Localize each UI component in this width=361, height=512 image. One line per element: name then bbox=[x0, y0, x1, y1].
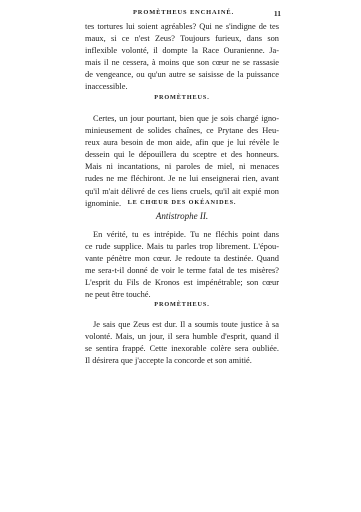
text-line: inaccessible. bbox=[85, 81, 279, 93]
speaker-heading-prometheus: PROMÈTHEUS. bbox=[85, 301, 279, 308]
paragraph-chorus-continuation: tes tortures lui soient agréables? Qui n… bbox=[85, 21, 279, 94]
text-line: se sentira frappé. Cette inexorable colè… bbox=[85, 343, 279, 355]
text-line: ne peut être touché. bbox=[85, 289, 279, 301]
text-line: tes tortures lui soient agréables? Qui n… bbox=[85, 21, 279, 33]
text-line: qu'il m'ait délivré de ces liens cruels,… bbox=[85, 186, 279, 198]
text-line: mais il ne cessera, à moins que son cœur… bbox=[85, 57, 279, 69]
text-line: ce rude supplice. Mais tu parles trop li… bbox=[85, 241, 279, 253]
page-number: 11 bbox=[274, 9, 281, 18]
text-line: L'esprit du Fils de Kronos est impénétra… bbox=[85, 277, 279, 289]
paragraph-prometheus-1: Certes, un jour pourtant, bien que je so… bbox=[85, 113, 279, 210]
paragraph-prometheus-2: Je sais que Zeus est dur. Il a soumis to… bbox=[85, 319, 279, 367]
text-line: de vengeance, ou qu'un autre se saisisse… bbox=[85, 69, 279, 81]
paragraph-chorus-antistrophe: En vérité, tu es intrépide. Tu ne fléchi… bbox=[85, 229, 279, 302]
text-line: rudes ne me fléchiront. Je ne lui enseig… bbox=[85, 173, 279, 185]
running-head: PROMÈTHEUS ENCHAINÉ. 11 bbox=[85, 9, 279, 21]
speaker-heading-chorus: LE CHŒUR DES OKÉANIDES. bbox=[85, 199, 279, 206]
text-line: Je sais que Zeus est dur. Il a soumis to… bbox=[85, 319, 279, 331]
speaker-heading-prometheus: PROMÈTHEUS. bbox=[85, 94, 279, 101]
text-line: minieusement de solides chaînes, ce Pryt… bbox=[85, 125, 279, 137]
text-line: me sera-t-il donné de voir le terme fata… bbox=[85, 265, 279, 277]
text-line: Certes, un jour pourtant, bien que je so… bbox=[85, 113, 279, 125]
text-line: vante pénètre mon cœur. Je redoute ta de… bbox=[85, 253, 279, 265]
text-line: Mais ni incantations, ni paroles de miel… bbox=[85, 161, 279, 173]
running-title: PROMÈTHEUS ENCHAINÉ. bbox=[133, 9, 234, 16]
text-line: reux aura besoin de mon aide, afin que j… bbox=[85, 137, 279, 149]
text-line: inflexible volonté, il dompte la Race Ou… bbox=[85, 45, 279, 57]
text-line: maux, si ce n'est Zeus? Toujours furieux… bbox=[85, 33, 279, 45]
text-line: dessein qui le dépouillera du sceptre et… bbox=[85, 149, 279, 161]
text-line: En vérité, tu es intrépide. Tu ne fléchi… bbox=[85, 229, 279, 241]
strophe-heading: Antistrophe II. bbox=[85, 211, 279, 221]
text-line: volonté. Mais, un jour, il sera humble d… bbox=[85, 331, 279, 343]
text-line: Il désirera que j'accepte la concorde et… bbox=[85, 355, 279, 367]
